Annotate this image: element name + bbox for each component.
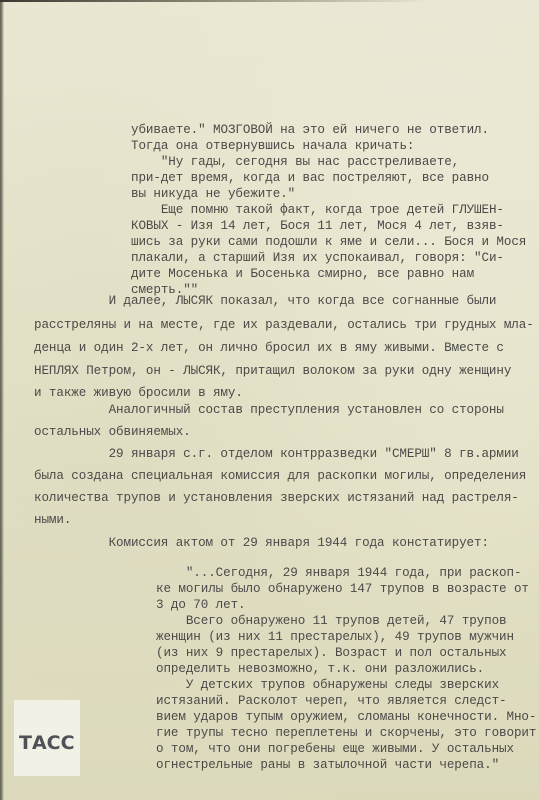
body-text: И далее, ЛЫСЯК показал, что когда все со… (34, 0, 49, 182)
text-line: Всего обнаружено 11 трупов детей, 47 тру… (156, 614, 507, 628)
text-line: "Ну гады, сегодня вы нас расстреливаете, (131, 155, 459, 169)
text-line: И далее, ЛЫСЯК показал, что когда все со… (34, 294, 496, 308)
quote-block-commission-act: "...Сегодня, 29 января 1944 года, при ра… (156, 0, 171, 196)
quote-block-testimony: убиваете." МОЗГОВОЙ на это ей ничего не … (131, 0, 146, 168)
text-line: остальных обвиняемых. (34, 425, 191, 439)
text-line: НЕПЛЯХ Петром, он - ЛЫСЯК, притащил воло… (34, 364, 511, 378)
text-line: определить невозможно, т.к. они разложил… (156, 662, 484, 676)
text-line: и также живую бросили в яму. (34, 386, 243, 400)
text-line: ке могилы было обнаружено 147 трупов в в… (156, 582, 529, 596)
text-line: (из них 9 престарелых). Возраст и пол ос… (156, 646, 507, 660)
text-line: Еще помню такой факт, когда трое детей Г… (131, 203, 504, 217)
text-line: о том, что они погребены еще живыми. У о… (156, 742, 514, 756)
text-line: 29 января с.г. отделом контрразведки "СМ… (34, 447, 519, 461)
text-line: истязаний. Расколот череп, что является … (156, 694, 507, 708)
text-line: ными. (34, 513, 71, 527)
text-line: количества трупов и установления зверски… (34, 491, 519, 505)
text-line: при-дет время, когда и вас постреляют, в… (131, 171, 489, 185)
text-line: убиваете." МОЗГОВОЙ на это ей ничего не … (131, 123, 489, 137)
scan-edge-left (0, 0, 4, 800)
tass-watermark: ТАСС (14, 700, 80, 776)
text-line: огнестрельные раны в затылочной части че… (156, 758, 499, 772)
text-line: Тогда она отвернувшись начала кричать: (131, 139, 414, 153)
text-line: женщин (из них 11 престарелых), 49 трупо… (156, 630, 514, 644)
text-line: У детских трупов обнаружены следы зверск… (156, 678, 499, 692)
tass-logo-text: ТАСС (19, 732, 75, 754)
text-line: вием ударов тупым оружием, сломаны конеч… (156, 710, 536, 724)
text-line: "...Сегодня, 29 января 1944 года, при ра… (156, 566, 521, 580)
text-line: плакали, а старший Изя их успокаивал, го… (131, 251, 504, 265)
text-line: денца и один 2-х лет, он лично бросил их… (34, 341, 504, 355)
text-line: Комиссия актом от 29 января 1944 года ко… (34, 536, 489, 550)
scan-edge-top (0, 0, 539, 2)
text-line: шись за руки сами подошли к яме и сели..… (131, 235, 526, 249)
text-line: 3 до 70 лет. (156, 598, 246, 612)
text-line: была создана специальная комиссия для ра… (34, 469, 526, 483)
text-line: Аналогичный состав преступления установл… (34, 403, 504, 417)
text-line: КОВЫХ - Изя 14 лет, Бося 11 лет, Мося 4 … (131, 219, 504, 233)
text-line: гие трупы тесно переплетены и скорчены, … (156, 726, 536, 740)
text-line: дите Мосенька и Босенька смирно, все рав… (131, 267, 474, 281)
text-line: расстреляны и на месте, где их раздевали… (34, 318, 534, 332)
